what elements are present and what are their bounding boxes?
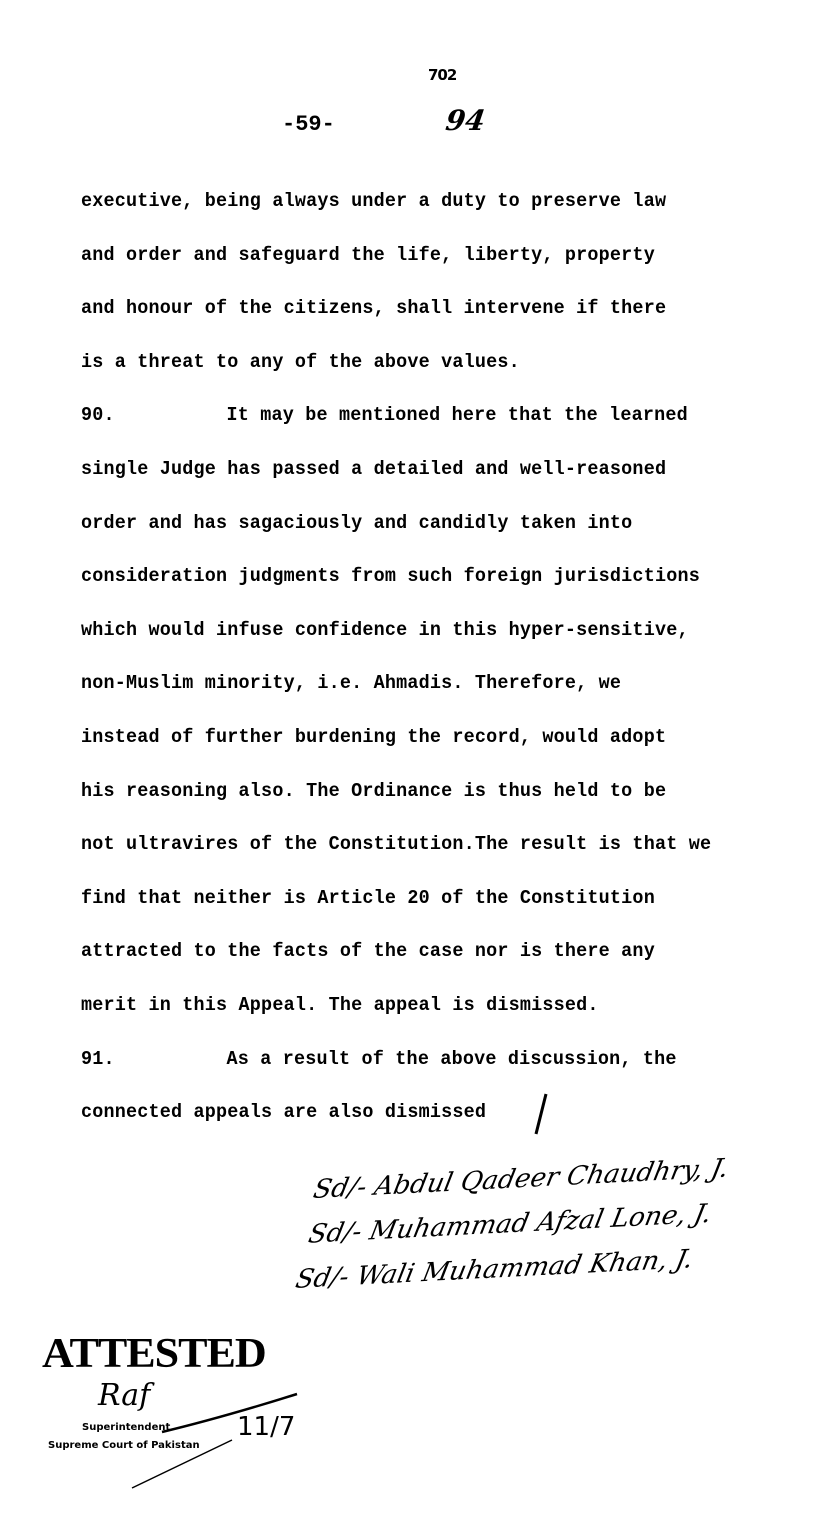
line-text: connected appeals are also dismissed bbox=[81, 1101, 486, 1123]
judge-signatures: Sd/- Abdul Qadeer Chaudhry, J. Sd/- Muha… bbox=[291, 1147, 722, 1303]
line-text: find that neither is Article 20 of the C… bbox=[81, 887, 655, 909]
document-page: 702 -59- 94 executive, being always unde… bbox=[0, 0, 840, 1540]
text-line: and honour of the citizens, shall interv… bbox=[81, 291, 779, 345]
judgment-body: executive, being always under a duty to … bbox=[81, 184, 801, 1149]
attested-stamp: ATTESTED Raf Superintendent Supreme Cour… bbox=[42, 1330, 312, 1480]
text-line: not ultravires of the Constitution.The r… bbox=[81, 827, 779, 881]
line-text: and order and safeguard the life, libert… bbox=[81, 244, 655, 266]
line-text: merit in this Appeal. The appeal is dism… bbox=[81, 994, 599, 1016]
text-line: merit in this Appeal. The appeal is dism… bbox=[81, 988, 779, 1042]
text-line: find that neither is Article 20 of the C… bbox=[81, 881, 779, 935]
text-line: single Judge has passed a detailed and w… bbox=[81, 452, 779, 506]
end-slash-mark bbox=[530, 1092, 550, 1136]
line-text: not ultravires of the Constitution.The r… bbox=[81, 833, 711, 855]
text-line: 91.As a result of the above discussion, … bbox=[81, 1042, 779, 1096]
line-text: his reasoning also. The Ordinance is thu… bbox=[81, 780, 666, 802]
text-line: and order and safeguard the life, libert… bbox=[81, 238, 779, 292]
paragraph-number: 90. bbox=[81, 398, 227, 432]
text-line: his reasoning also. The Ordinance is thu… bbox=[81, 774, 779, 828]
stamp-role: Superintendent bbox=[82, 1422, 170, 1433]
text-line: is a threat to any of the above values. bbox=[81, 345, 779, 399]
line-text: is a threat to any of the above values. bbox=[81, 351, 520, 373]
typed-page-number: -59- bbox=[282, 112, 335, 137]
stamp-initials: Raf bbox=[98, 1378, 150, 1413]
line-text: and honour of the citizens, shall interv… bbox=[81, 297, 666, 319]
line-text: consideration judgments from such foreig… bbox=[81, 565, 700, 587]
text-line: executive, being always under a duty to … bbox=[81, 184, 779, 238]
text-line: non-Muslim minority, i.e. Ahmadis. There… bbox=[81, 666, 779, 720]
line-text: It may be mentioned here that the learne… bbox=[227, 404, 688, 426]
court-page-number: 702 bbox=[428, 66, 456, 84]
handwritten-page-number: 94 bbox=[444, 104, 488, 137]
line-text: order and has sagaciously and candidly t… bbox=[81, 512, 632, 534]
line-text: executive, being always under a duty to … bbox=[81, 190, 666, 212]
text-line: instead of further burdening the record,… bbox=[81, 720, 779, 774]
text-line: order and has sagaciously and candidly t… bbox=[81, 506, 779, 560]
text-line: connected appeals are also dismissed bbox=[81, 1095, 779, 1149]
stamp-title: ATTESTED bbox=[42, 1330, 266, 1378]
line-text: single Judge has passed a detailed and w… bbox=[81, 458, 666, 480]
text-line: which would infuse confidence in this hy… bbox=[81, 613, 779, 667]
text-line: attracted to the facts of the case nor i… bbox=[81, 934, 779, 988]
text-line: 90.It may be mentioned here that the lea… bbox=[81, 398, 779, 452]
paragraph-number: 91. bbox=[81, 1042, 227, 1076]
line-text: attracted to the facts of the case nor i… bbox=[81, 940, 655, 962]
stamp-date: 11/7 bbox=[237, 1412, 295, 1442]
line-text: non-Muslim minority, i.e. Ahmadis. There… bbox=[81, 672, 621, 694]
line-text: instead of further burdening the record,… bbox=[81, 726, 666, 748]
line-text: which would infuse confidence in this hy… bbox=[81, 619, 689, 641]
text-line: consideration judgments from such foreig… bbox=[81, 559, 779, 613]
line-text: As a result of the above discussion, the bbox=[227, 1048, 677, 1070]
stamp-court: Supreme Court of Pakistan bbox=[48, 1440, 200, 1451]
